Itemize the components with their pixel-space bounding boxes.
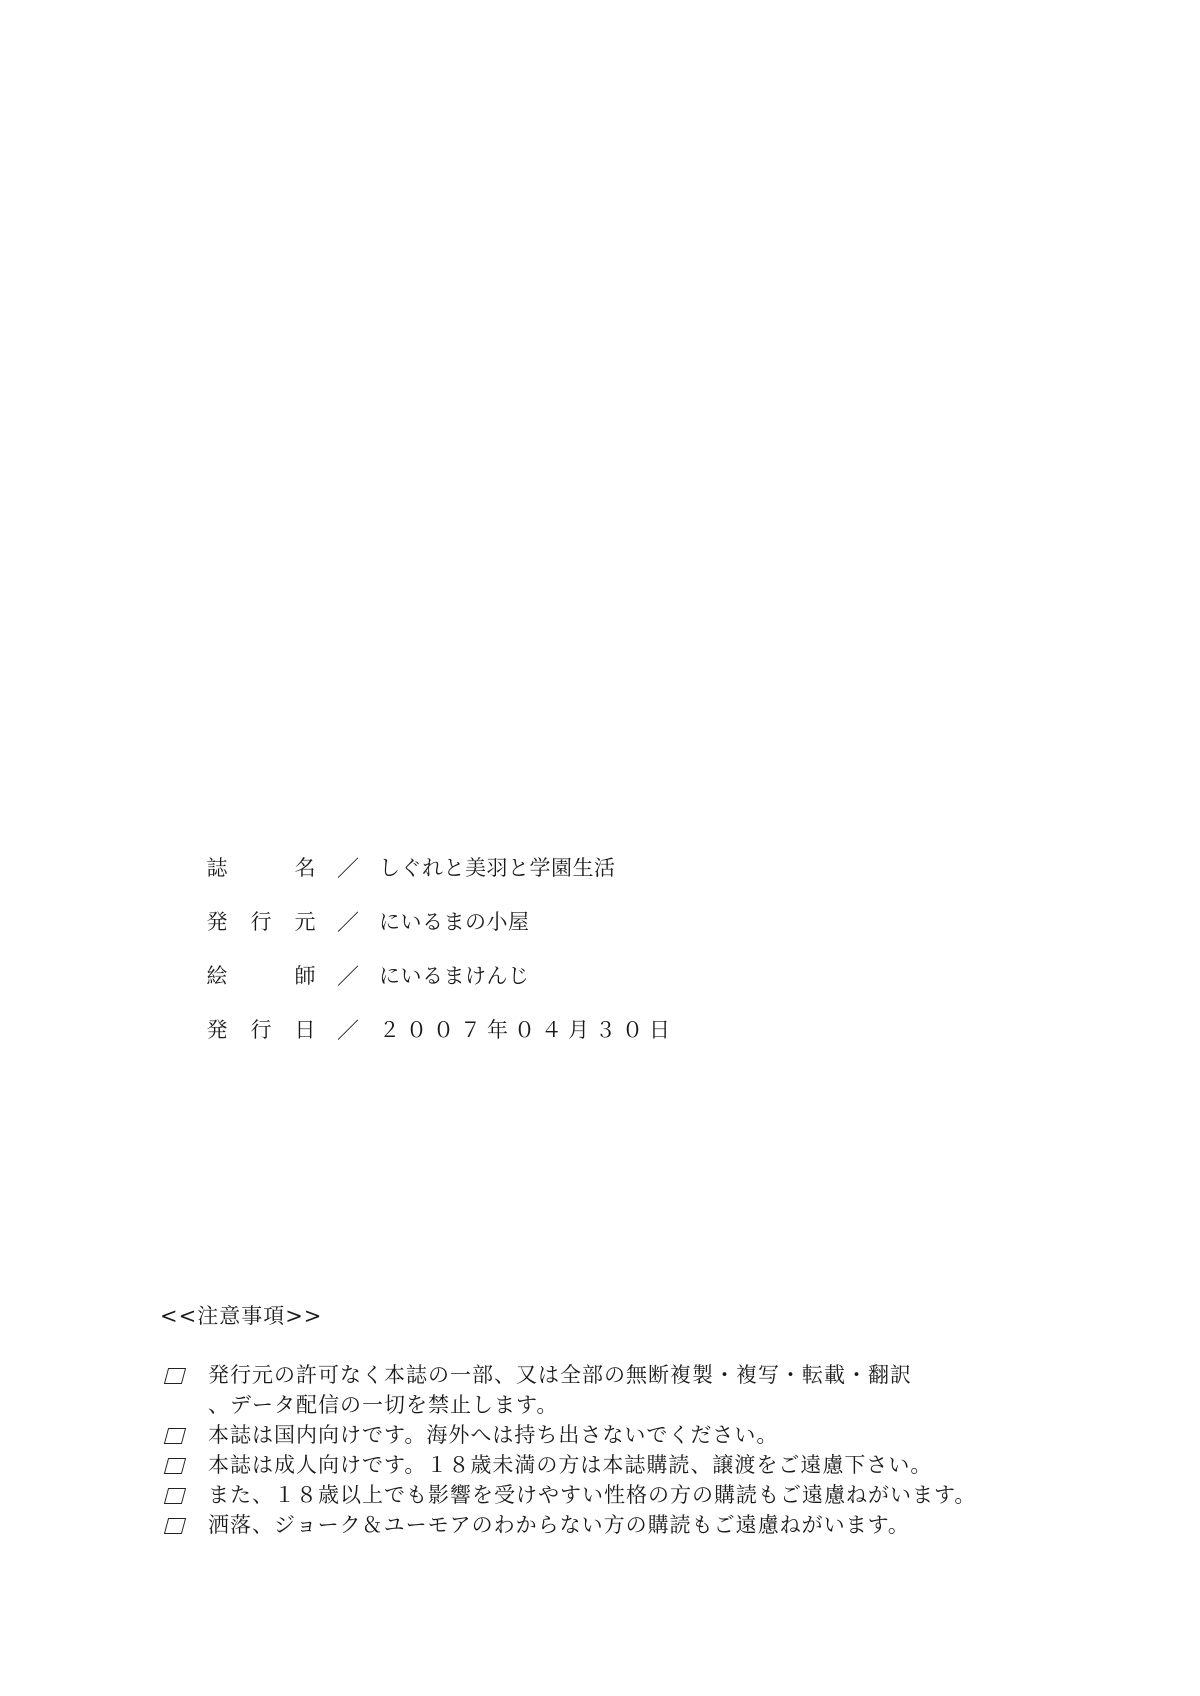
checkbox-icon xyxy=(160,1510,194,1540)
publisher-value: にいるまの小屋 xyxy=(379,906,530,936)
notice-item: 発行元の許可なく本誌の一部、又は全部の無断複製・複写・転載・翻訳 xyxy=(160,1360,976,1390)
row-label: 絵 師 xyxy=(205,960,317,990)
title-value: しぐれと美羽と学園生活 xyxy=(379,852,616,882)
notice-item-continuation: 、データ配信の一切を禁止します。 xyxy=(160,1390,976,1420)
separator: ／ xyxy=(317,906,379,937)
colophon: 誌 名 ／ しぐれと美羽と学園生活 発 行 元 ／ にいるまの小屋 絵 師 ／ … xyxy=(205,855,676,1071)
colophon-row-artist: 絵 師 ／ にいるまけんじ xyxy=(205,963,676,987)
notice-item: 本誌は成人向けです。１８歳未満の方は本誌購読、譲渡をご遠慮下さい。 xyxy=(160,1450,976,1480)
separator: ／ xyxy=(317,960,379,991)
checkbox-icon xyxy=(160,1450,194,1480)
colophon-row-title: 誌 名 ／ しぐれと美羽と学園生活 xyxy=(205,855,676,879)
row-label: 発 行 日 xyxy=(205,1014,317,1044)
notice-title: <<注意事項>> xyxy=(160,1300,976,1330)
notice-item: 本誌は国内向けです。海外へは持ち出さないでください。 xyxy=(160,1420,976,1450)
checkbox-icon xyxy=(160,1360,194,1390)
checkbox-icon xyxy=(160,1480,194,1510)
notice-section: <<注意事項>> 発行元の許可なく本誌の一部、又は全部の無断複製・複写・転載・翻… xyxy=(160,1300,976,1540)
notice-item: 洒落、ジョーク＆ユーモアのわからない方の購読もご遠慮ねがいます。 xyxy=(160,1510,976,1540)
colophon-row-publisher: 発 行 元 ／ にいるまの小屋 xyxy=(205,909,676,933)
checkbox-icon xyxy=(160,1420,194,1450)
row-label: 誌 名 xyxy=(205,852,317,882)
separator: ／ xyxy=(317,852,379,883)
date-value: ２００７年０４月３０日 xyxy=(379,1014,676,1044)
separator: ／ xyxy=(317,1014,379,1045)
colophon-row-date: 発 行 日 ／ ２００７年０４月３０日 xyxy=(205,1017,676,1041)
row-label: 発 行 元 xyxy=(205,906,317,936)
notice-item: また、１８歳以上でも影響を受けやすい性格の方の購読もご遠慮ねがいます。 xyxy=(160,1480,976,1510)
artist-value: にいるまけんじ xyxy=(379,960,530,990)
